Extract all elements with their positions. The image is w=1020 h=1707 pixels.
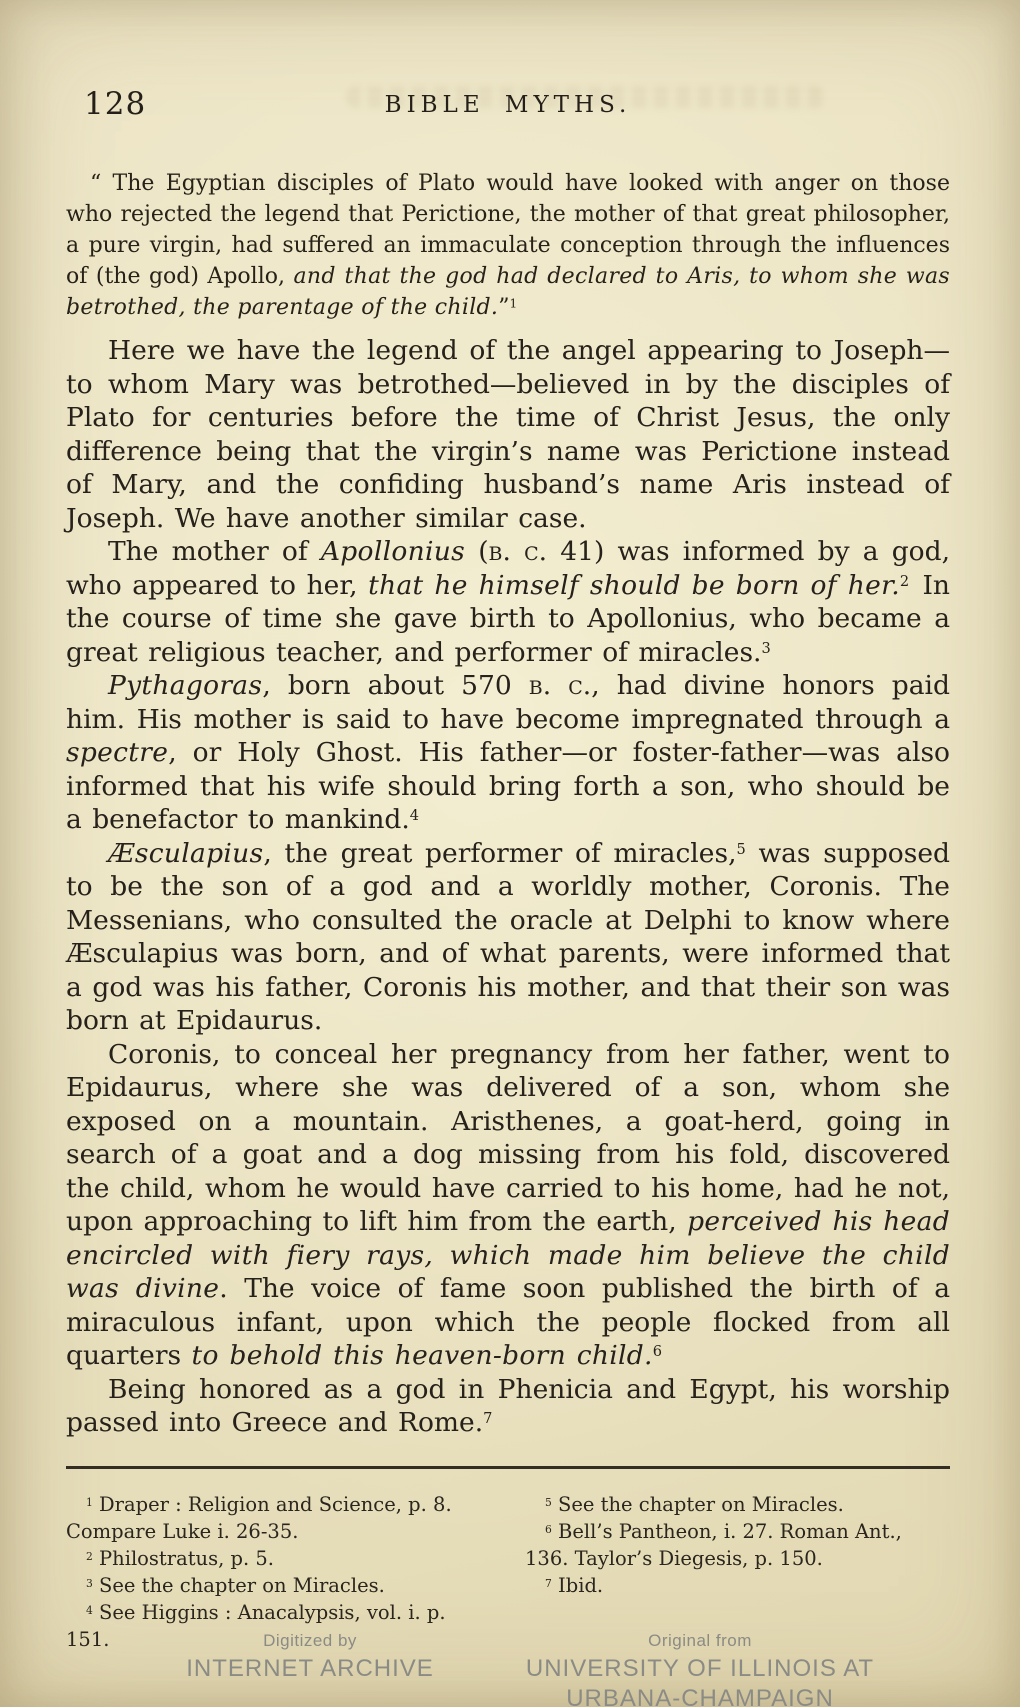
page-title: BIBLE MYTHS. <box>66 92 950 118</box>
paragraph-phenicia: Being honored as a god in Phenicia and E… <box>66 1373 950 1440</box>
footnote-divider <box>66 1466 950 1469</box>
page-content: 128 BIBLE MYTHS. “ The Egyptian disciple… <box>66 84 950 1653</box>
paragraph-coronis: Coronis, to conceal her pregnancy from h… <box>66 1038 950 1373</box>
paragraph-pythagoras: Pythagoras, born about 570 b. c., had di… <box>66 669 950 837</box>
body-text: Here we have the legend of the angel app… <box>66 334 950 1440</box>
original-from-block: Original from UNIVERSITY OF ILLINOIS AT … <box>500 1628 900 1707</box>
running-head: 128 BIBLE MYTHS. <box>66 84 950 128</box>
original-from-label: Original from <box>500 1628 900 1654</box>
original-from-org-line1: UNIVERSITY OF ILLINOIS AT <box>500 1654 900 1684</box>
original-from-org-line2: URBANA-CHAMPAIGN <box>500 1684 900 1707</box>
footnote-5: 5 See the chapter on Miracles. <box>525 1491 950 1518</box>
digitized-by-org: INTERNET ARCHIVE <box>150 1654 470 1684</box>
footnote-2: 2 Philostratus, p. 5. <box>66 1545 491 1572</box>
paragraph-joseph-legend: Here we have the legend of the angel app… <box>66 334 950 535</box>
footnote-3: 3 See the chapter on Miracles. <box>66 1572 491 1599</box>
footnote-7: 7 Ibid. <box>525 1572 950 1599</box>
digitized-by-label: Digitized by <box>150 1628 470 1654</box>
footnote-6: 6 Bell’s Pantheon, i. 27. Roman Ant., 13… <box>525 1518 950 1572</box>
block-quote: “ The Egyptian disciples of Plato would … <box>66 168 950 323</box>
paragraph-apollonius: The mother of Apollonius (b. c. 41) was … <box>66 535 950 669</box>
paragraph-aesculapius: Æsculapius, the great performer of mirac… <box>66 837 950 1038</box>
digitized-by-block: Digitized by INTERNET ARCHIVE <box>150 1628 470 1684</box>
footnote-1: 1 Draper : Religion and Science, p. 8. C… <box>66 1491 491 1545</box>
book-page-scan: 128 BIBLE MYTHS. “ The Egyptian disciple… <box>0 0 1020 1707</box>
